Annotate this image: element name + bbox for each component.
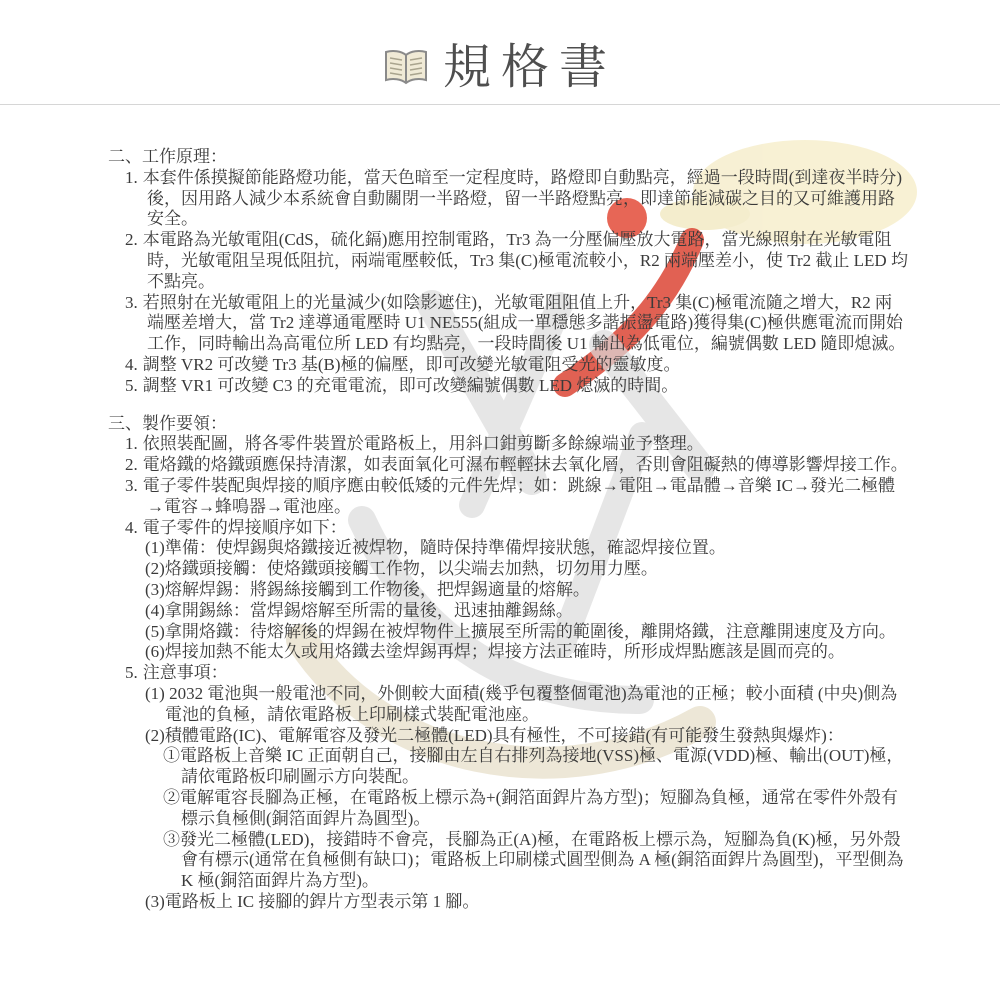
item-label: (2): [145, 559, 165, 578]
list-item: (1) 2032 電池與一般電池不同，外側較大面積(幾乎包覆整個電池)為電池的正…: [145, 684, 908, 726]
item-label: 2.: [125, 230, 138, 249]
item-label: 5.: [125, 376, 138, 395]
item-text: 2032 電池與一般電池不同，外側較大面積(幾乎包覆整個電池)為電池的正極；較小…: [165, 684, 897, 724]
item-text: 熔解焊錫：將錫絲接觸到工作物後，把焊錫適量的熔解。: [165, 580, 590, 599]
list-item: 1.依照裝配圖，將各零件裝置於電路板上，用斜口鉗剪斷多餘線端並予整理。: [125, 434, 908, 455]
item-label: ②: [163, 788, 180, 807]
document-section: 三、製作要領：1.依照裝配圖，將各零件裝置於電路板上，用斜口鉗剪斷多餘線端並予整…: [108, 414, 908, 913]
title-divider: [0, 104, 1000, 105]
item-label: (1): [145, 684, 165, 703]
list-item: ③發光二極體(LED)，接錯時不會亮，長腳為正(A)極，在電路板上標示為，短腳為…: [163, 830, 908, 892]
item-text: 拿開錫絲：當焊錫熔解至所需的量後，迅速抽離錫絲。: [165, 601, 573, 620]
item-text: 電解電容長腳為正極，在電路板上標示為+(銅箔面銲片為方型)；短腳為負極，通常在零…: [180, 788, 898, 828]
item-text: 電子零件裝配與焊接的順序應由較低矮的元件先焊；如：跳線→電阻→電晶體→音樂 IC…: [143, 476, 895, 516]
item-text: 調整 VR2 可改變 Tr3 基(B)極的偏壓，即可改變光敏電阻受光的靈敏度。: [143, 355, 681, 374]
sublist: (1)準備：使焊錫與烙鐵接近被焊物，隨時保持準備焊接狀態，確認焊接位置。(2)烙…: [145, 538, 908, 663]
item-label: 2.: [125, 455, 138, 474]
item-text: 本電路為光敏電阻(CdS，硫化鎘)應用控制電路，Tr3 為一分壓偏壓放大電路，當…: [143, 230, 908, 291]
item-label: (1): [145, 538, 165, 557]
list-item: 2.電烙鐵的烙鐵頭應保持清潔，如表面氧化可濕布輕輕抹去氧化層，否則會阻礙熱的傳導…: [125, 455, 908, 476]
list-item: 5.調整 VR1 可改變 C3 的充電電流，即可改變編號偶數 LED 熄滅的時間…: [125, 376, 908, 397]
item-text: 烙鐵頭接觸：使烙鐵頭接觸工作物，以尖端去加熱，切勿用力壓。: [165, 559, 658, 578]
list-item: (1)準備：使焊錫與烙鐵接近被焊物，隨時保持準備焊接狀態，確認焊接位置。: [145, 538, 908, 559]
list-item: 4.電子零件的焊接順序如下：: [125, 518, 908, 539]
item-label: 4.: [125, 355, 138, 374]
item-text: 準備：使焊錫與烙鐵接近被焊物，隨時保持準備焊接狀態，確認焊接位置。: [165, 538, 726, 557]
list-item: 5.注意事項：: [125, 663, 908, 684]
item-label: 3.: [125, 476, 138, 495]
item-text: 焊接加熱不能太久或用烙鐵去塗焊錫再焊；焊接方法正確時，所形成焊點應該是圓而亮的。: [165, 642, 845, 661]
item-label: ③: [163, 830, 180, 849]
page-title: 規格書: [443, 44, 617, 92]
document-body: 二、工作原理：1.本套件係摸擬節能路燈功能，當天色暗至一定程度時，路燈即自動點亮…: [108, 147, 908, 913]
item-text: 電子零件的焊接順序如下：: [143, 518, 347, 537]
item-label: (5): [145, 622, 165, 641]
list-item: ①電路板上音樂 IC 正面朝自己，接腳由左自右排列為接地(VSS)極、電源(VD…: [163, 746, 908, 788]
section-heading: 三、製作要領：: [108, 414, 908, 435]
spec-sheet-page: 規格書 二、工作原理：1.本套件係摸擬節能路燈功能，當天色暗至一定程度時，路燈即…: [0, 0, 1000, 1000]
list-item: ②電解電容長腳為正極，在電路板上標示為+(銅箔面銲片為方型)；短腳為負極，通常在…: [163, 788, 908, 830]
list-item: 2.本電路為光敏電阻(CdS，硫化鎘)應用控制電路，Tr3 為一分壓偏壓放大電路…: [125, 230, 908, 292]
list-item: (4)拿開錫絲：當焊錫熔解至所需的量後，迅速抽離錫絲。: [145, 601, 908, 622]
document-section: 二、工作原理：1.本套件係摸擬節能路燈功能，當天色暗至一定程度時，路燈即自動點亮…: [108, 147, 908, 397]
list-item: (2)積體電路(IC)、電解電容及發光二極體(LED)具有極性，不可接錯(有可能…: [145, 726, 908, 747]
item-label: 1.: [125, 434, 138, 453]
item-text: 注意事項：: [143, 663, 228, 682]
item-label: 4.: [125, 518, 138, 537]
item-label: ①: [163, 746, 180, 765]
item-label: (2): [145, 726, 165, 745]
list-item: 3.若照射在光敏電阻上的光量減少(如陰影遮住)，光敏電阻阻值上升，Tr3 集(C…: [125, 293, 908, 355]
list-item: (6)焊接加熱不能太久或用烙鐵去塗焊錫再焊；焊接方法正確時，所形成焊點應該是圓而…: [145, 642, 908, 663]
list-item: (3)熔解焊錫：將錫絲接觸到工作物後，把焊錫適量的熔解。: [145, 580, 908, 601]
list-item: 3.電子零件裝配與焊接的順序應由較低矮的元件先焊；如：跳線→電阻→電晶體→音樂 …: [125, 476, 908, 518]
item-label: (3): [145, 892, 165, 911]
sublist: (1) 2032 電池與一般電池不同，外側較大面積(幾乎包覆整個電池)為電池的正…: [145, 684, 908, 913]
list-item: 4.調整 VR2 可改變 Tr3 基(B)極的偏壓，即可改變光敏電阻受光的靈敏度…: [125, 355, 908, 376]
title-bar: 規格書: [0, 44, 1000, 92]
item-label: 3.: [125, 293, 138, 312]
item-label: (6): [145, 642, 165, 661]
item-text: 電路板上 IC 接腳的銲片方型表示第 1 腳。: [165, 892, 480, 911]
item-label: 1.: [125, 168, 138, 187]
sublist: ①電路板上音樂 IC 正面朝自己，接腳由左自右排列為接地(VSS)極、電源(VD…: [163, 746, 908, 892]
item-text: 調整 VR1 可改變 C3 的充電電流，即可改變編號偶數 LED 熄滅的時間。: [143, 376, 679, 395]
item-label: (3): [145, 580, 165, 599]
item-label: 5.: [125, 663, 138, 682]
item-text: 電烙鐵的烙鐵頭應保持清潔，如表面氧化可濕布輕輕抹去氧化層，否則會阻礙熱的傳導影響…: [143, 455, 908, 474]
section-list: 1.本套件係摸擬節能路燈功能，當天色暗至一定程度時，路燈即自動點亮，經過一段時間…: [125, 168, 908, 397]
item-text: 發光二極體(LED)，接錯時不會亮，長腳為正(A)極，在電路板上標示為，短腳為負…: [180, 830, 903, 891]
list-item: (3)電路板上 IC 接腳的銲片方型表示第 1 腳。: [145, 892, 908, 913]
section-list: 1.依照裝配圖，將各零件裝置於電路板上，用斜口鉗剪斷多餘線端並予整理。2.電烙鐵…: [125, 434, 908, 912]
item-text: 若照射在光敏電阻上的光量減少(如陰影遮住)，光敏電阻阻值上升，Tr3 集(C)極…: [143, 293, 906, 354]
item-text: 拿開烙鐵：待熔解後的焊錫在被焊物件上擴展至所需的範圍後，離開烙鐵，注意離開速度及…: [165, 622, 896, 641]
open-book-icon: [383, 49, 429, 87]
item-text: 依照裝配圖，將各零件裝置於電路板上，用斜口鉗剪斷多餘線端並予整理。: [143, 434, 704, 453]
item-text: 積體電路(IC)、電解電容及發光二極體(LED)具有極性，不可接錯(有可能發生發…: [165, 726, 844, 745]
list-item: (5)拿開烙鐵：待熔解後的焊錫在被焊物件上擴展至所需的範圍後，離開烙鐵，注意離開…: [145, 622, 908, 643]
list-item: 1.本套件係摸擬節能路燈功能，當天色暗至一定程度時，路燈即自動點亮，經過一段時間…: [125, 168, 908, 230]
item-text: 本套件係摸擬節能路燈功能，當天色暗至一定程度時，路燈即自動點亮，經過一段時間(到…: [143, 168, 902, 229]
list-item: (2)烙鐵頭接觸：使烙鐵頭接觸工作物，以尖端去加熱，切勿用力壓。: [145, 559, 908, 580]
item-label: (4): [145, 601, 165, 620]
section-heading: 二、工作原理：: [108, 147, 908, 168]
item-text: 電路板上音樂 IC 正面朝自己，接腳由左自右排列為接地(VSS)極、電源(VDD…: [180, 746, 903, 786]
